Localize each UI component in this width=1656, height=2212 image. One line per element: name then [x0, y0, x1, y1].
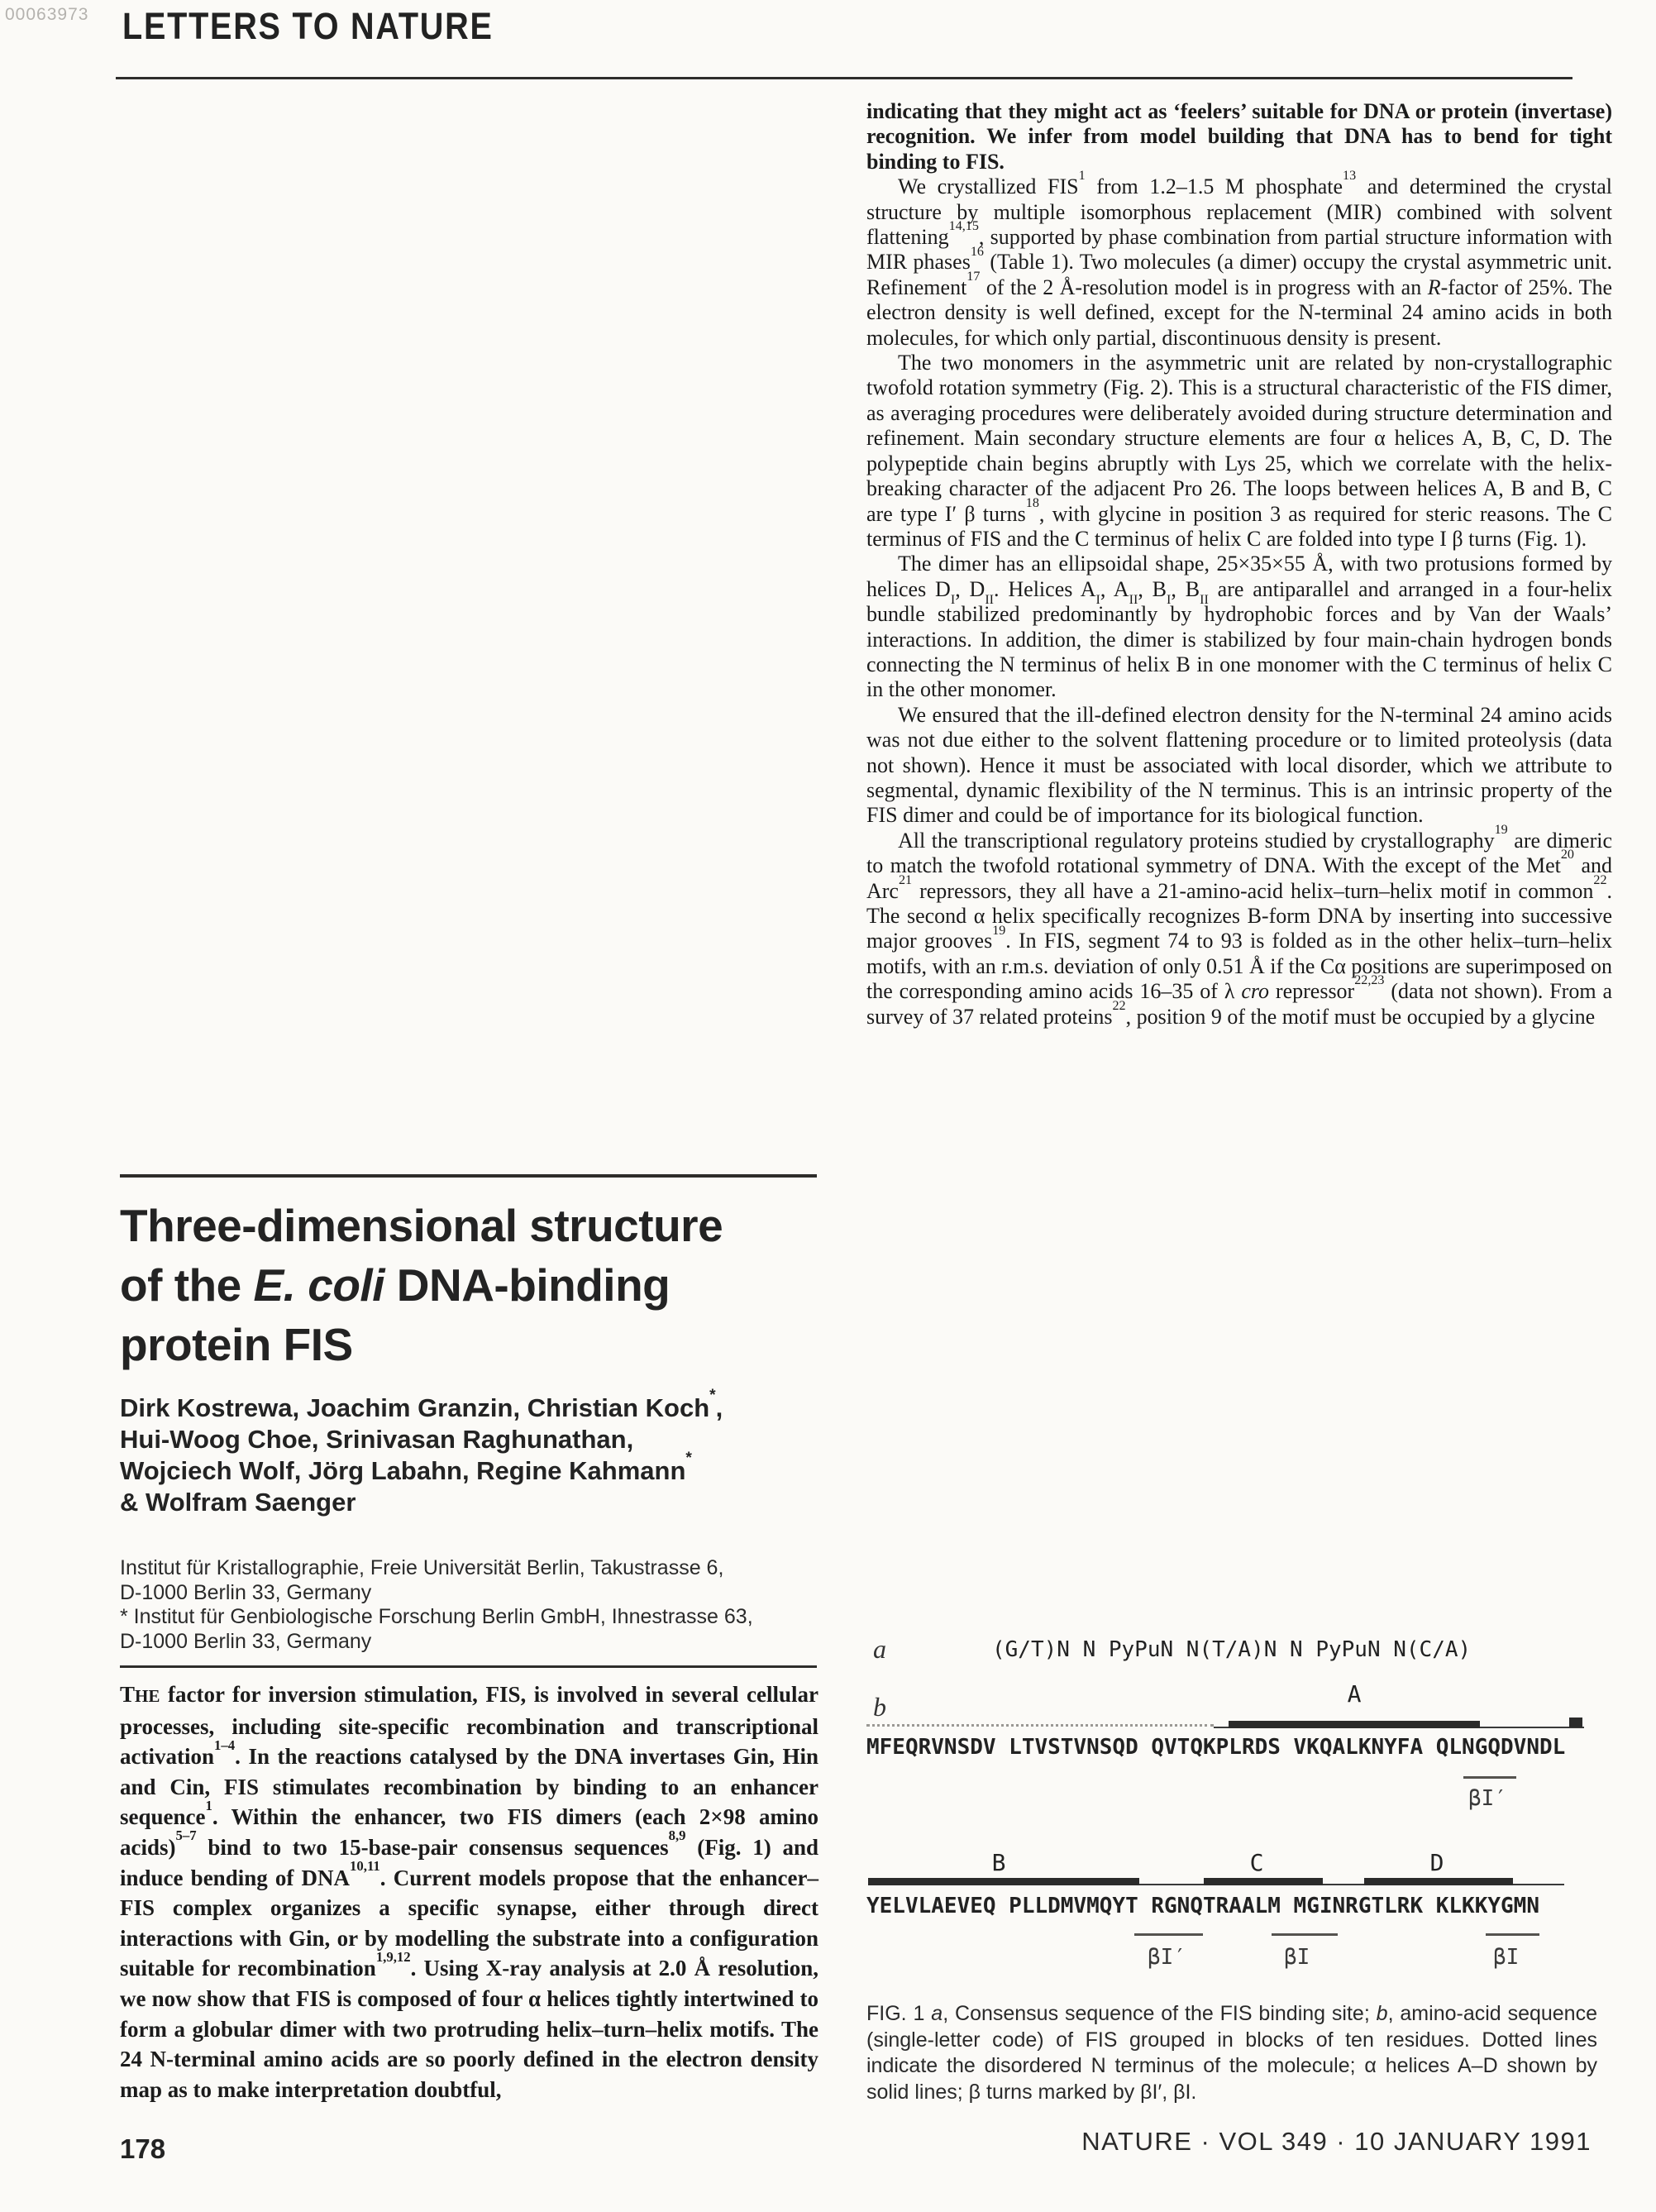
body-paragraph: The two monomers in the asymmetric unit …: [866, 351, 1612, 552]
title-line-2: of the E. coli DNA-binding: [120, 1255, 818, 1315]
figure-panel-b-label: b: [873, 1692, 886, 1722]
header-rule: [116, 77, 1572, 79]
title-line-1: Three-dimensional structure: [120, 1196, 818, 1255]
helix-d-bar: [1364, 1878, 1513, 1885]
author-line: Dirk Kostrewa, Joachim Granzin, Christia…: [120, 1393, 818, 1424]
body-paragraph: All the transcriptional regulatory prote…: [866, 829, 1612, 1030]
disordered-n-terminus-dotted-line: [866, 1724, 1214, 1727]
affiliations: Institut für Kristallographie, Freie Uni…: [120, 1556, 818, 1654]
beta-turn-underline: [1134, 1933, 1203, 1936]
beta-turn-underline: [1272, 1933, 1338, 1936]
body-paragraph: The dimer has an ellipsoidal shape, 25×3…: [866, 552, 1612, 702]
body-paragraph: indicating that they might act as ‘feele…: [866, 99, 1612, 174]
sequence-continuation-mark: [1569, 1718, 1582, 1727]
journal-footer: NATURE · VOL 349 · 10 JANUARY 1991: [1081, 2127, 1592, 2157]
figure-caption: FIG. 1 a, Consensus sequence of the FIS …: [866, 2001, 1597, 2105]
sequence-row-2: YELVLAEVEQ PLLDMVMQYT RGNQTRAALM MGINRGT…: [866, 1894, 1539, 1918]
scanned-page: 00063973 LETTERS TO NATURE Three-dimensi…: [0, 0, 1656, 2212]
consensus-sequence: (G/T)N N PyPuN N(T/A)N N PyPuN N(C/A): [992, 1637, 1471, 1662]
right-column: indicating that they might act as ‘feele…: [866, 99, 1612, 1030]
affiliation-line: * Institut für Genbiologische Forschung …: [120, 1605, 818, 1630]
title-line-3: protein FIS: [120, 1315, 818, 1374]
helix-b-label: B: [982, 1849, 1015, 1876]
beta-turn-underline: [1486, 1933, 1539, 1936]
left-column: Three-dimensional structure of the E. co…: [120, 1196, 818, 1654]
title-rule: [120, 1174, 817, 1178]
beta-turn-label: βI: [1493, 1945, 1519, 1970]
figure-panel-a-label: a: [873, 1634, 886, 1665]
beta-turn-label: βI: [1284, 1945, 1310, 1970]
helix-a-label: A: [1329, 1680, 1379, 1708]
helix-d-label: D: [1420, 1849, 1453, 1876]
helix-a-bar: [1229, 1721, 1480, 1728]
author-line: Wojciech Wolf, Jörg Labahn, Regine Kahma…: [120, 1455, 818, 1487]
beta-turn-label: βI′: [1468, 1786, 1507, 1811]
affiliation-line: D-1000 Berlin 33, Germany: [120, 1581, 818, 1606]
sequence-row-1: MFEQRVNSDV LTVSTVNSQD QVTQKPLRDS VKQALKN…: [866, 1735, 1565, 1760]
author-list: Dirk Kostrewa, Joachim Granzin, Christia…: [120, 1393, 818, 1518]
affiliation-rule: [120, 1665, 817, 1668]
helix-b-bar: [868, 1878, 1139, 1885]
beta-turn-label: βI′: [1148, 1945, 1186, 1970]
helix-c-bar: [1204, 1878, 1323, 1885]
article-title: Three-dimensional structure of the E. co…: [120, 1196, 818, 1374]
beta-turn-underline: [1463, 1776, 1516, 1779]
journal-section-header: LETTERS TO NATURE: [122, 5, 494, 48]
helix-c-label: C: [1240, 1849, 1273, 1876]
body-paragraph: We ensured that the ill-defined electron…: [866, 703, 1612, 829]
body-paragraph: We crystallized FIS1 from 1.2–1.5 M phos…: [866, 174, 1612, 351]
affiliation-line: Institut für Kristallographie, Freie Uni…: [120, 1556, 818, 1581]
abstract-paragraph: THE factor for inversion stimulation, FI…: [120, 1679, 818, 2105]
scan-id-stamp: 00063973: [5, 5, 88, 25]
affiliation-line: D-1000 Berlin 33, Germany: [120, 1630, 818, 1655]
author-line: Hui-Woog Choe, Srinivasan Raghunathan,: [120, 1424, 818, 1455]
author-line: & Wolfram Saenger: [120, 1487, 818, 1518]
page-number: 178: [120, 2133, 165, 2165]
